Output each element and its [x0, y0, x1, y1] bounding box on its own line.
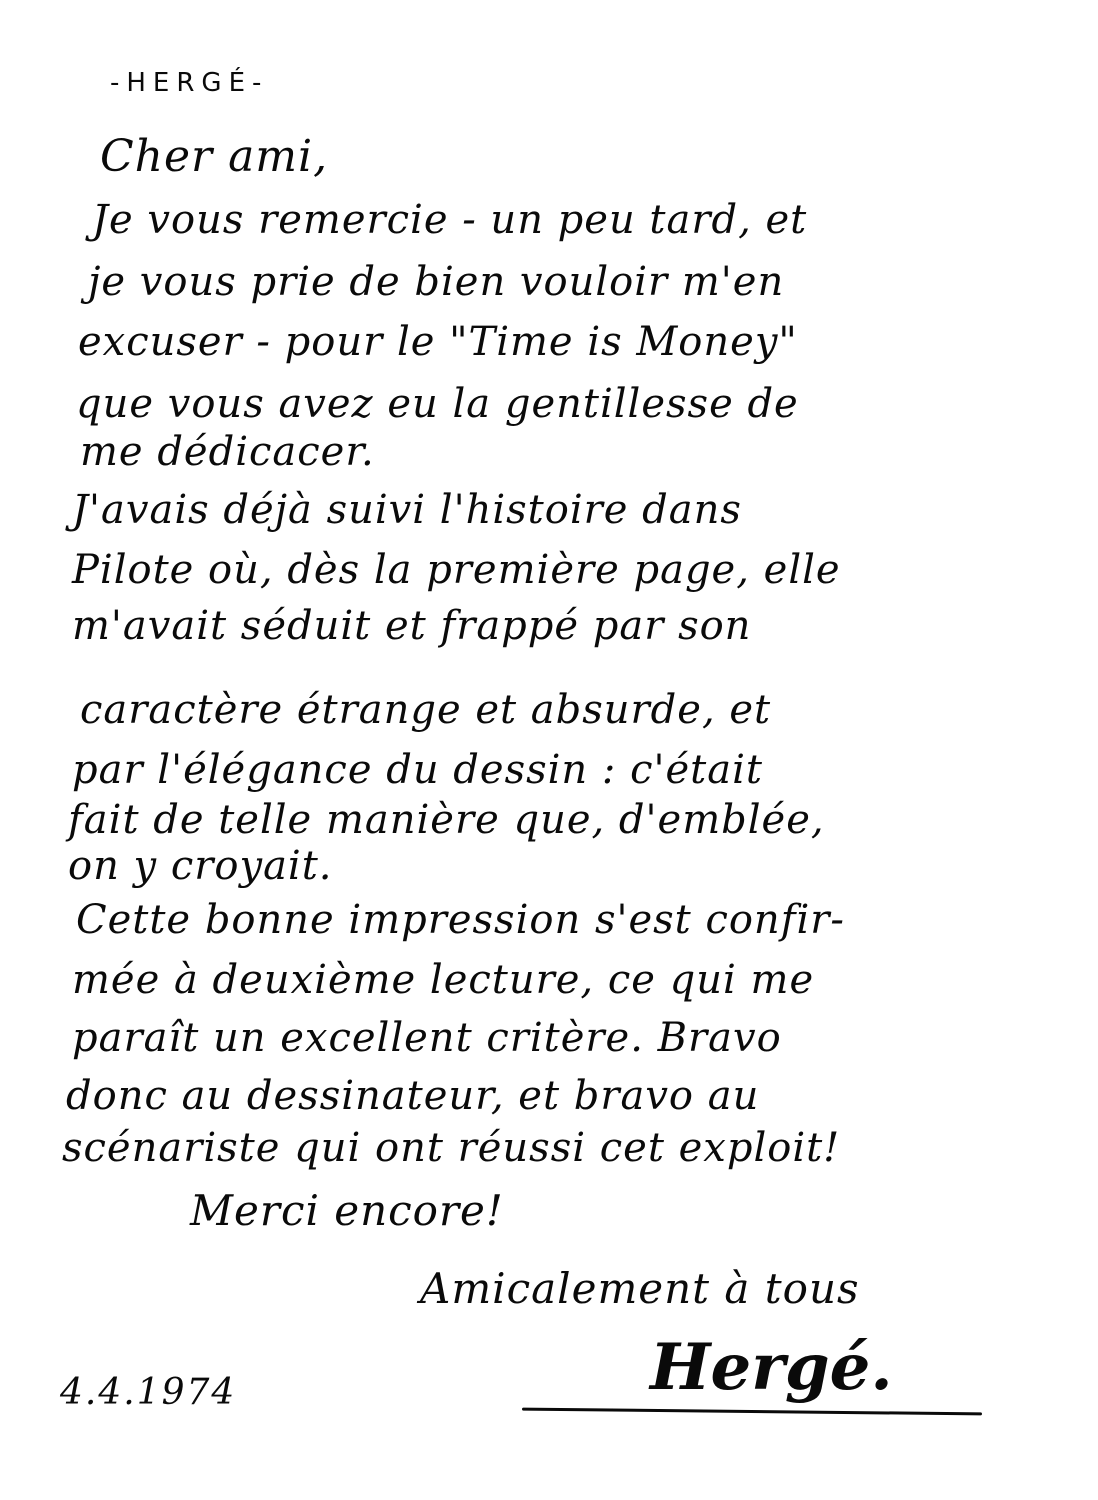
letter-date: 4.4.1974 — [60, 1372, 236, 1413]
closing-line: Amicalement à tous — [420, 1268, 860, 1310]
body-line: je vous prie de bien vouloir m'en — [88, 262, 784, 302]
signature: Hergé. — [650, 1330, 893, 1405]
body-line: donc au dessinateur, et bravo au — [66, 1076, 759, 1116]
body-line: on y croyait. — [68, 846, 333, 886]
body-line: caractère étrange et absurde, et — [80, 690, 771, 730]
salutation: Cher ami, — [100, 135, 328, 179]
body-line: mée à deuxième lecture, ce qui me — [72, 960, 814, 1000]
body-line: Cette bonne impression s'est confir- — [76, 900, 845, 940]
body-line: m'avait séduit et frappé par son — [72, 606, 751, 646]
body-line: fait de telle manière que, d'emblée, — [68, 800, 825, 840]
body-line: que vous avez eu la gentillesse de — [76, 384, 799, 424]
thanks-line: Merci encore! — [190, 1190, 504, 1232]
body-line: scénariste qui ont réussi cet exploit! — [62, 1128, 840, 1168]
body-line: Je vous remercie - un peu tard, et — [92, 200, 807, 240]
body-line: J'avais déjà suivi l'histoire dans — [72, 490, 742, 530]
signature-underline — [522, 1408, 982, 1416]
body-line: me dédicacer. — [80, 432, 375, 472]
letterhead: -HERGÉ- — [110, 68, 268, 98]
body-line: paraît un excellent critère. Bravo — [72, 1018, 782, 1058]
body-line: par l'élégance du dessin : c'était — [72, 750, 763, 790]
body-line: Pilote où, dès la première page, elle — [72, 550, 841, 590]
body-line: excuser - pour le "Time is Money" — [78, 322, 798, 362]
